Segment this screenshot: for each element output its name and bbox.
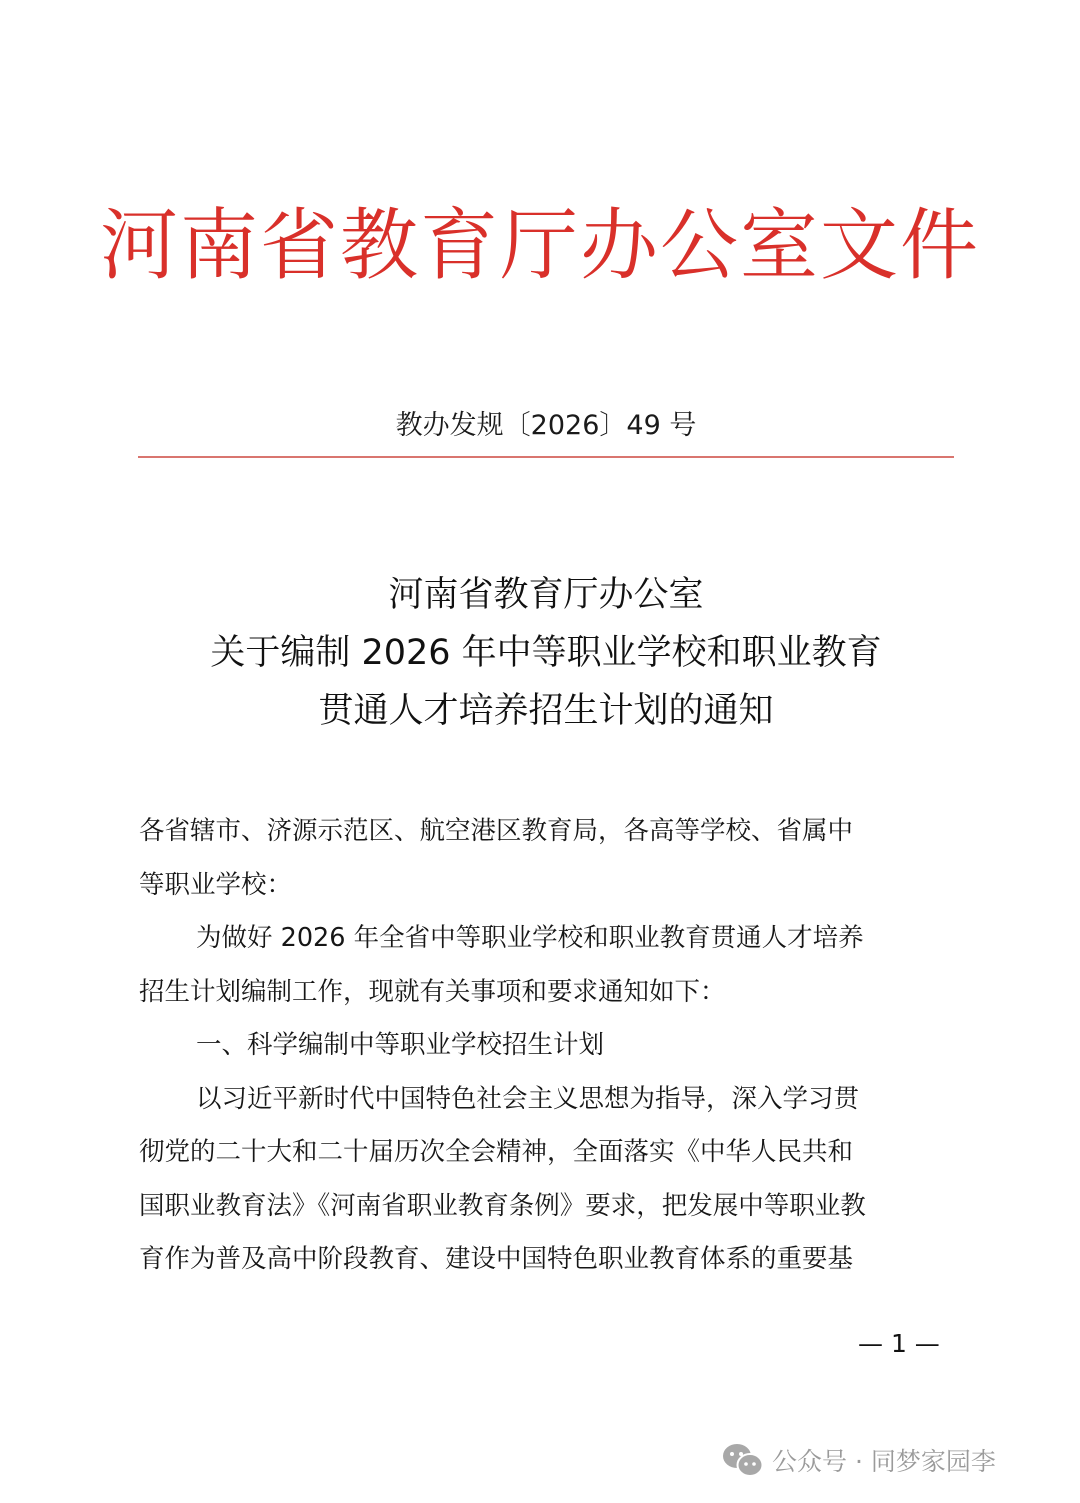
section-1-line-3: 国职业教育法》《河南省职业教育条例》要求，把发展中等职业教 — [139, 1180, 955, 1234]
section-1-line-4: 育作为普及高中阶段教育、建设中国特色职业教育体系的重要基 — [139, 1233, 955, 1287]
document-body: 各省辖市、济源示范区、航空港区教育局，各高等学校、省属中 等职业学校： 为做好 … — [139, 805, 955, 1287]
recipients-line-2: 等职业学校： — [139, 859, 955, 913]
document-masthead: 河南省教育厅办公室文件 — [0, 196, 1080, 296]
red-divider-line — [138, 456, 954, 458]
watermark-text: 公众号 · 同梦家园李 — [772, 1442, 996, 1478]
title-line-1: 河南省教育厅办公室 — [0, 566, 1080, 624]
intro-line-2: 招生计划编制工作，现就有关事项和要求通知如下： — [139, 966, 955, 1020]
title-line-3: 贯通人才培养招生计划的通知 — [0, 682, 1080, 740]
page-number: — 1 — — [858, 1327, 940, 1361]
document-title: 河南省教育厅办公室 关于编制 2026 年中等职业学校和职业教育 贯通人才培养招… — [0, 566, 1080, 740]
section-1-line-1: 以习近平新时代中国特色社会主义思想为指导，深入学习贯 — [139, 1073, 955, 1127]
watermark: 公众号 · 同梦家园李 — [722, 1440, 996, 1480]
intro-line-1: 为做好 2026 年全省中等职业学校和职业教育贯通人才培养 — [139, 912, 955, 966]
section-1-line-2: 彻党的二十大和二十届历次全会精神，全面落实《中华人民共和 — [139, 1126, 955, 1180]
document-number: 教办发规〔2026〕49 号 — [0, 406, 1080, 446]
recipients-line-1: 各省辖市、济源示范区、航空港区教育局，各高等学校、省属中 — [139, 805, 955, 859]
title-line-2: 关于编制 2026 年中等职业学校和职业教育 — [0, 624, 1080, 682]
wechat-icon — [722, 1443, 764, 1477]
section-1-heading: 一、科学编制中等职业学校招生计划 — [139, 1019, 955, 1073]
